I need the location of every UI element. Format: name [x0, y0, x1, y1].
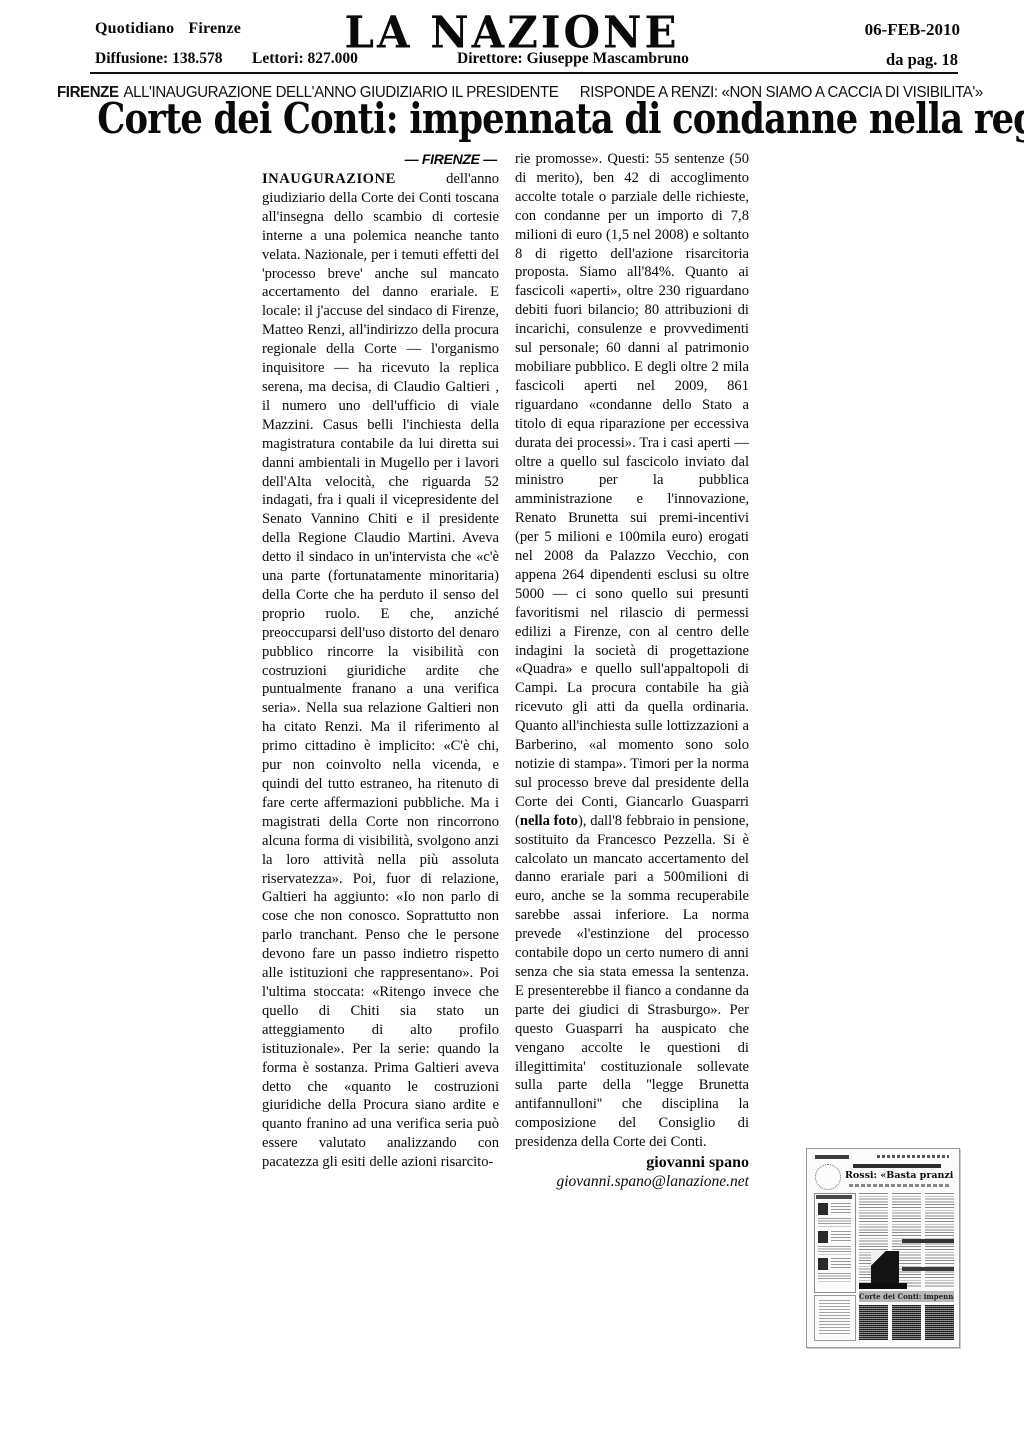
article-column-right: rie promosse». Questi: 55 sentenze (50 d…	[515, 150, 749, 1192]
thumb-lower-left-box	[814, 1295, 856, 1341]
lead-word: INAUGURAZIONE	[262, 171, 396, 187]
author-email: giovanni.spano@lanazione.net	[515, 1173, 749, 1192]
diffusione-stat: Diffusione: 138.578	[95, 50, 222, 68]
masthead-divider-rule	[90, 72, 958, 74]
thumb-sidebar-text	[818, 1218, 851, 1228]
article-column-left: — FIRENZE — INAUGURAZIONE dell'anno giud…	[262, 150, 499, 1172]
thumb-mugshot-photo	[818, 1203, 828, 1215]
thumb-sidebar-header-bar	[816, 1195, 852, 1199]
thumb-mini-headline	[902, 1267, 954, 1271]
thumb-mugshot-photo	[818, 1258, 828, 1270]
thumb-highlighted-article-column	[925, 1305, 954, 1340]
thumb-mugshot-caption	[831, 1258, 851, 1270]
thumb-mugshot-caption	[831, 1203, 851, 1215]
lettori-stat: Lettori: 827.000	[252, 50, 358, 68]
thumb-lower-left-text	[819, 1300, 850, 1334]
newspaper-clipping-page: QuotidianoFirenze LA NAZIONE 06-FEB-2010…	[0, 0, 1024, 1448]
author-signature: giovanni spano	[515, 1154, 749, 1173]
page-reference: da pag. 18	[886, 50, 958, 70]
article-paragraph-right: rie promosse». Questi: 55 sentenze (50 d…	[515, 150, 749, 1152]
dateline: — FIRENZE —	[262, 150, 499, 170]
right-body-bold-inline: nella foto	[520, 813, 578, 829]
thumb-highlighted-article-column	[859, 1305, 888, 1340]
thumb-mugshot-caption	[831, 1231, 851, 1243]
thumb-header-right-line	[877, 1155, 949, 1158]
thumb-highlighted-article-column	[892, 1305, 921, 1340]
right-body-text-2: ), dall'8 febbraio in pensione, sostitui…	[515, 813, 749, 1150]
article-headline: Corte dei Conti: impennata di condanne n…	[0, 96, 1016, 142]
article-headline-text: Corte dei Conti: impennata di condanne n…	[97, 96, 1024, 142]
article-paragraph-left: INAUGURAZIONE dell'anno giudiziario dell…	[262, 170, 499, 1172]
direttore-credit: Direttore: Giuseppe Mascambruno	[457, 50, 689, 68]
thumb-highlighted-article-headline: Corte dei Conti: impennata di	[859, 1291, 954, 1302]
thumb-header-left-mark	[815, 1155, 849, 1159]
issue-date: 06-FEB-2010	[865, 20, 960, 40]
right-body-text-1: rie promosse». Questi: 55 sentenze (50 d…	[515, 151, 749, 829]
thumb-kicker-bar	[853, 1164, 941, 1168]
left-body-text: dell'anno giudiziario della Corte dei Co…	[262, 171, 499, 1170]
thumb-page-headline: Rossi: «Basta pranzi con gli	[845, 1170, 957, 1181]
page-thumbnail: Rossi: «Basta pranzi con gli Corte dei C…	[806, 1148, 960, 1348]
thumb-mini-headline	[902, 1239, 954, 1243]
thumb-sidebar-text	[818, 1246, 851, 1256]
thumb-mugshot-photo	[818, 1231, 828, 1243]
thumb-black-bar	[859, 1283, 907, 1289]
thumb-subtitle-line	[849, 1184, 949, 1187]
thumb-circular-stamp	[815, 1164, 841, 1190]
thumb-sidebar-box	[814, 1193, 856, 1293]
thumb-sidebar-text	[818, 1273, 851, 1283]
